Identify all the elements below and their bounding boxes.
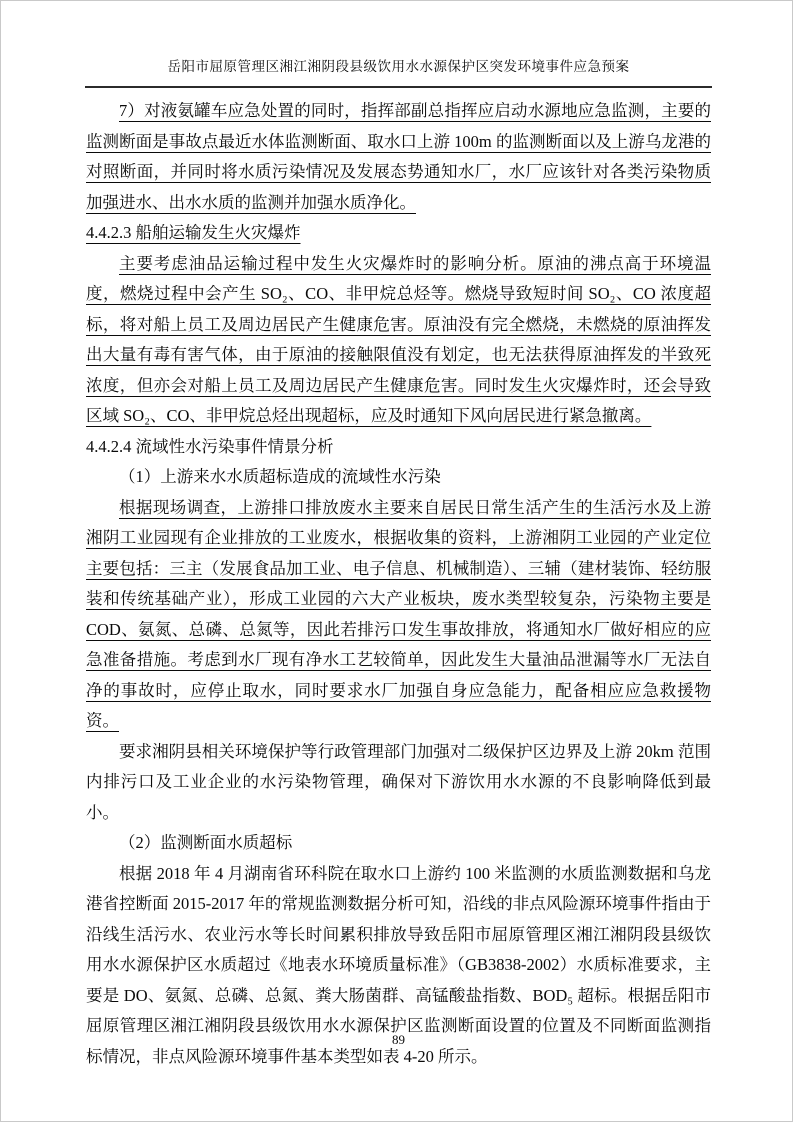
paragraph-industrial-park-wastewater: 根据现场调查，上游排口排放废水主要来自居民日常生活产生的生活污水及上游湘阴工业园… <box>86 493 711 737</box>
paragraph-ammonia-tanker-monitoring: 7）对液氨罐车应急处置的同时，指挥部副总指挥应启动水源地应急监测，主要的监测断面… <box>86 96 711 218</box>
list-item-upstream-water-pollution: （1）上游来水水质超标造成的流域性水污染 <box>86 462 711 493</box>
header-rule <box>85 86 712 88</box>
list-item-monitoring-section-exceedance: （2）监测断面水质超标 <box>86 828 711 859</box>
paragraph-ship-fire-explosion-analysis: 主要考虑油品运输过程中发生火灾爆炸时的影响分析。原油的沸点高于环境温度，燃烧过程… <box>86 249 711 432</box>
page-header-title: 岳阳市屈原管理区湘江湘阴段县级饮用水水源保护区突发环境事件应急预案 <box>86 57 711 77</box>
section-heading-4-4-2-4: 4.4.2.4 流域性水污染事件情景分析 <box>86 432 711 463</box>
document-page: 岳阳市屈原管理区湘江湘阴段县级饮用水水源保护区突发环境事件应急预案 7）对液氨罐… <box>0 0 793 1122</box>
page-number: 89 <box>86 1031 711 1049</box>
paragraph-protection-zone-management: 要求湘阴县相关环境保护等行政管理部门加强对二级保护区边界及上游 20km 范围内… <box>86 737 711 829</box>
section-heading-4-4-2-3: 4.4.2.3 船舶运输发生火灾爆炸 <box>86 218 711 249</box>
document-body: 7）对液氨罐车应急处置的同时，指挥部副总指挥应启动水源地应急监测，主要的监测断面… <box>86 96 711 1072</box>
